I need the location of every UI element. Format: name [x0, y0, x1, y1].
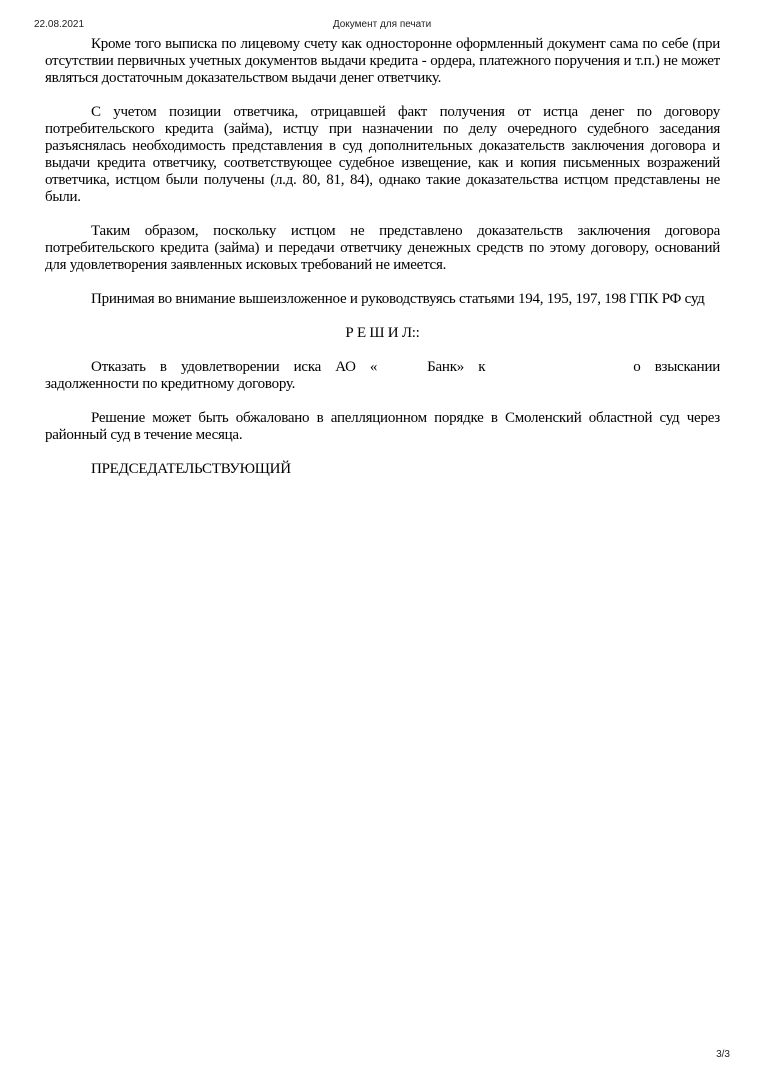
signature-title: ПРЕДСЕДАТЕЛЬСТВУЮЩИЙ — [45, 461, 720, 478]
paragraph-defendant-position: С учетом позиции ответчика, отрицавшей ф… — [45, 104, 720, 206]
page-number: 3/3 — [716, 1049, 730, 1060]
paragraph-decision: Отказать в удовлетворении иска АО «Банк»… — [45, 359, 720, 393]
paragraph-legal-basis: Принимая во внимание вышеизложенное и ру… — [45, 291, 720, 308]
decision-part-2: Банк» к — [427, 359, 485, 375]
paragraph-appeal: Решение может быть обжаловано в апелляци… — [45, 410, 720, 444]
paragraph-account-statement: Кроме того выписка по лицевому счету как… — [45, 36, 720, 87]
decision-part-1: Отказать в удовлетворении иска АО « — [91, 359, 377, 375]
paragraph-conclusion: Таким образом, поскольку истцом не предс… — [45, 223, 720, 274]
print-title: Документ для печати — [0, 19, 764, 30]
decision-heading: Р Е Ш И Л:: — [45, 325, 720, 342]
document-body: Кроме того выписка по лицевому счету как… — [45, 36, 720, 478]
